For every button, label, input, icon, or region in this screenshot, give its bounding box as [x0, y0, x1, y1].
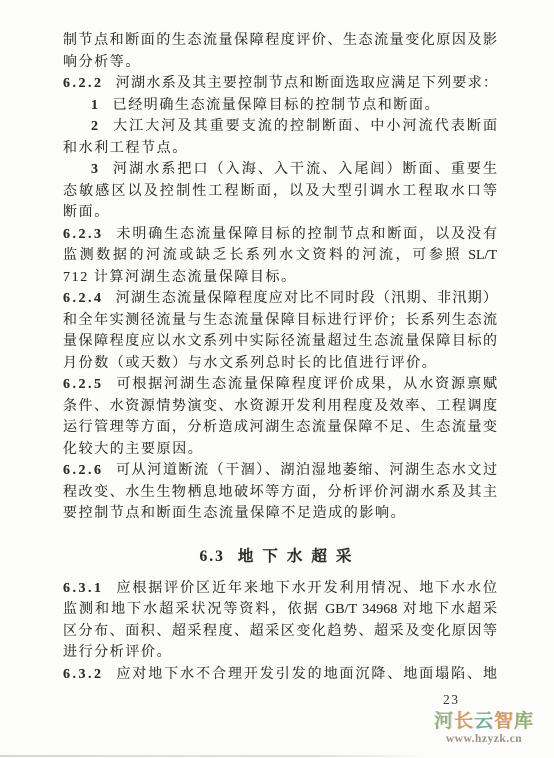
text-line: 进行分析评价。: [63, 642, 497, 664]
clause-number: 6.3.1: [63, 581, 104, 596]
line-text: 河湖生态流量保障程度应对比不同时段（汛期、非汛期）: [115, 291, 498, 306]
line-text: 已经明确生态流量保障目标的控制节点和断面。: [113, 98, 441, 113]
line-text: 区分布、面积、超采程度、超采区变化趋势、超采及变化原因等: [63, 624, 497, 639]
text-line: 程改变、水生生物栖息地破坏等方面，分析评价河湖水系及其主: [63, 482, 497, 504]
watermark-char: 库: [514, 711, 534, 732]
text-line: 6.2.5可根据河湖生态流量保障程度评价成果，从水资源禀赋: [63, 374, 497, 396]
list-number: 2: [91, 119, 98, 134]
line-text: 可从河道断流（干涸）、湖泊湿地萎缩、河湖生态水文过: [115, 463, 498, 478]
clause-number: 6.2.2: [63, 76, 104, 91]
watermark-char: 智: [494, 711, 514, 732]
line-text: 可根据河湖生态流量保障程度评价成果，从水资源禀赋: [115, 377, 498, 392]
text-line: 监测数据的河流或缺乏长系列水文资料的河流，可参照 SL/T: [63, 245, 497, 267]
text-line: 化较大的主要原因。: [63, 439, 497, 461]
text-line: 和全年实测径流量与生态流量保障目标进行评价；长系列生态流: [63, 310, 497, 332]
text-line: 和水利工程节点。: [63, 138, 497, 160]
line-text: 和全年实测径流量与生态流量保障目标进行评价；长系列生态流: [63, 313, 497, 328]
line-text: 未明确生态流量保障目标的控制节点和断面，以及没有: [115, 227, 498, 242]
text-line: 响分析等。: [63, 52, 497, 74]
line-text: 运行管理等方面，分析造成河湖生态流量保障不足、生态流量变: [63, 420, 497, 435]
clause-number: 6.2.5: [63, 377, 104, 392]
line-text: 应根据评价区近年来地下水开发利用情况、地下水水位: [115, 581, 498, 596]
text-line: 制节点和断面的生态流量保障程度评价、生态流量变化原因及影: [63, 30, 497, 52]
line-text: 量保障程度应以水文系列中实际径流量超过生态流量保障目标的: [63, 334, 497, 349]
text-line: 6.2.2河湖水系及其主要控制节点和断面选取应满足下列要求：: [63, 73, 497, 95]
list-number: 1: [91, 98, 100, 113]
line-text: 监测和地下水超采状况等资料，依据 GB/T 34968 对地下水超采: [63, 602, 497, 617]
text-line: 6.2.3未明确生态流量保障目标的控制节点和断面，以及没有: [63, 224, 497, 246]
line-text: 响分析等。: [63, 55, 141, 70]
text-line: 监测和地下水超采状况等资料，依据 GB/T 34968 对地下水超采: [63, 599, 497, 621]
line-text: 要控制节点和断面生态流量保障不足造成的影响。: [63, 506, 406, 521]
line-text: 条件、水资源情势演变、水资源开发利用程度及效率、工程调度: [63, 399, 497, 414]
clause-number: 6.2.3: [63, 227, 104, 242]
line-text: 化较大的主要原因。: [63, 442, 203, 457]
text-line: 6.2.6可从河道断流（干涸）、湖泊湿地萎缩、河湖生态水文过: [63, 460, 497, 482]
text-line: 1已经明确生态流量保障目标的控制节点和断面。: [63, 95, 497, 117]
text-line: 运行管理等方面，分析造成河湖生态流量保障不足、生态流量变: [63, 417, 497, 439]
watermark-char: 河: [434, 711, 454, 732]
clause-number: 6.2.6: [63, 463, 104, 478]
watermark: 河长云智库 www.hzyzk.cn: [423, 712, 545, 746]
document-page: 制节点和断面的生态流量保障程度评价、生态流量变化原因及影 响分析等。 6.2.2…: [0, 0, 554, 758]
line-text: 河湖水系把口（入海、入干流、入尾闾）断面、重要生: [111, 162, 497, 177]
line-text: 态敏感区以及控制性工程断面，以及大型引调水工程取水口等: [63, 184, 497, 199]
line-text: 断面。: [63, 205, 110, 220]
section-number: 6.3: [200, 548, 225, 565]
text-line: 712 计算河湖生态流量保障目标。: [63, 267, 497, 289]
page-number: 23: [443, 692, 460, 708]
section-heading: 6.3地下水超采: [63, 545, 497, 569]
text-line: 态敏感区以及控制性工程断面，以及大型引调水工程取水口等: [63, 181, 497, 203]
document-body: 制节点和断面的生态流量保障程度评价、生态流量变化原因及影 响分析等。 6.2.2…: [63, 30, 497, 685]
scan-artifact-line: [0, 755, 428, 757]
text-line: 条件、水资源情势演变、水资源开发利用程度及效率、工程调度: [63, 396, 497, 418]
watermark-logo: 河长云智库: [423, 712, 545, 731]
text-line: 月份数（或天数）与水文系列总时长的比值进行评价。: [63, 353, 497, 375]
line-text: 月份数（或天数）与水文系列总时长的比值进行评价。: [63, 356, 437, 371]
list-number: 3: [91, 162, 98, 177]
line-text: 和水利工程节点。: [63, 141, 188, 156]
watermark-url: www.hzyzk.cn: [423, 734, 545, 746]
line-text: 河湖水系及其主要控制节点和断面选取应满足下列要求：: [115, 76, 498, 91]
line-text: 制节点和断面的生态流量保障程度评价、生态流量变化原因及影: [63, 33, 497, 48]
line-text: 712 计算河湖生态流量保障目标。: [63, 270, 297, 285]
text-line: 区分布、面积、超采程度、超采区变化趋势、超采及变化原因等: [63, 621, 497, 643]
clause-number: 6.3.2: [63, 667, 104, 682]
text-line: 6.3.1应根据评价区近年来地下水开发利用情况、地下水水位: [63, 578, 497, 600]
section-title: 地下水超采: [238, 548, 361, 565]
text-line: 6.2.4河湖生态流量保障程度应对比不同时段（汛期、非汛期）: [63, 288, 497, 310]
watermark-char: 云: [474, 711, 494, 732]
text-line: 断面。: [63, 202, 497, 224]
line-text: 程改变、水生生物栖息地破坏等方面，分析评价河湖水系及其主: [63, 485, 497, 500]
text-line: 2大江大河及其重要支流的控制断面、中小河流代表断面: [63, 116, 497, 138]
text-line: 3河湖水系把口（入海、入干流、入尾闾）断面、重要生: [63, 159, 497, 181]
line-text: 大江大河及其重要支流的控制断面、中小河流代表断面: [111, 119, 497, 134]
text-line: 要控制节点和断面生态流量保障不足造成的影响。: [63, 503, 497, 525]
line-text: 监测数据的河流或缺乏长系列水文资料的河流，可参照 SL/T: [63, 248, 497, 263]
clause-number: 6.2.4: [63, 291, 104, 306]
text-line: 量保障程度应以水文系列中实际径流量超过生态流量保障目标的: [63, 331, 497, 353]
line-text: 应对地下水不合理开发引发的地面沉降、地面塌陷、地: [115, 667, 498, 682]
text-line: 6.3.2应对地下水不合理开发引发的地面沉降、地面塌陷、地: [63, 664, 497, 686]
watermark-char: 长: [454, 711, 474, 732]
line-text: 进行分析评价。: [63, 645, 172, 660]
